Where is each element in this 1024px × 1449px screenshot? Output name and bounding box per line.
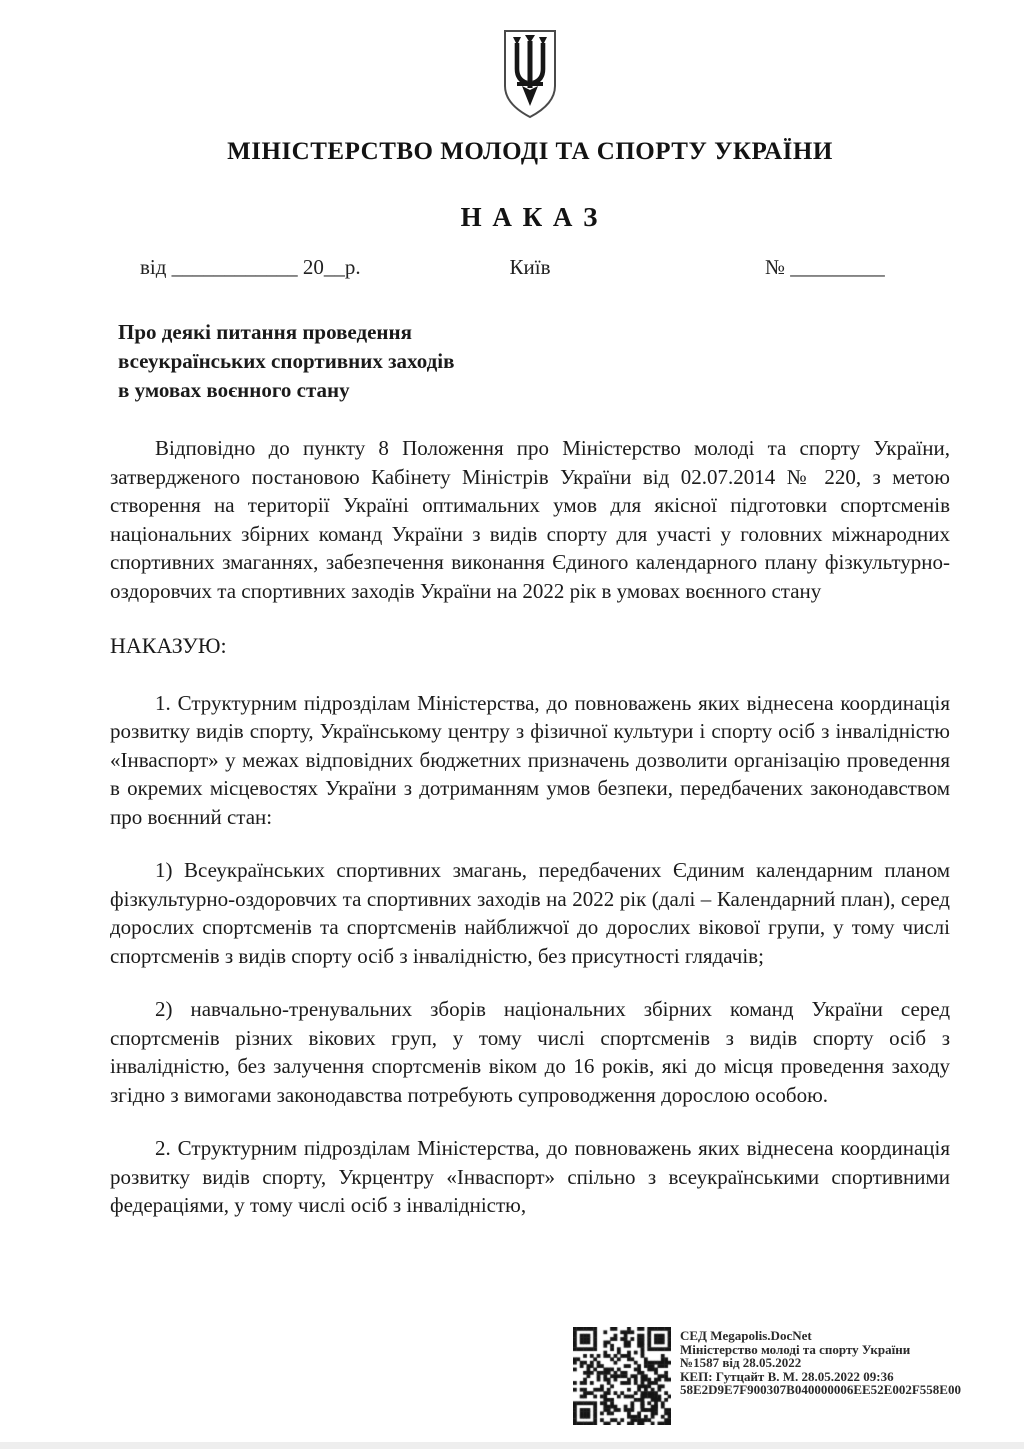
stamp-signer-line: КЕП: Гутцайт В. М. 28.05.2022 09:36 <box>680 1370 961 1384</box>
stamp-text: СЕД Megapolis.DocNet Міністерство молоді… <box>680 1327 961 1397</box>
stamp-hash-line: 58E2D9E7F900307B040000006EE52E002F558E00 <box>680 1383 961 1397</box>
document-content: МІНІСТЕРСТВО МОЛОДІ ТА СПОРТУ УКРАЇНИ Н … <box>110 0 950 1220</box>
document-page: МІНІСТЕРСТВО МОЛОДІ ТА СПОРТУ УКРАЇНИ Н … <box>0 0 1024 1449</box>
preamble-paragraph: Відповідно до пункту 8 Положення про Мін… <box>110 434 950 605</box>
scan-edge-artifact <box>0 1442 1024 1449</box>
subject-block: Про деякі питання проведення всеукраїнсь… <box>110 318 950 405</box>
date-blank-field: від ____________ 20__р. <box>140 253 361 281</box>
emblem-wrap <box>110 0 950 120</box>
trident-coat-of-arms-icon <box>501 28 559 120</box>
number-blank-field: № _________ <box>765 253 885 281</box>
stamp-system-line: СЕД Megapolis.DocNet <box>680 1329 961 1343</box>
order-paragraph-2: 2. Структурним підрозділам Міністерства,… <box>110 1134 950 1220</box>
ministry-title: МІНІСТЕРСТВО МОЛОДІ ТА СПОРТУ УКРАЇНИ <box>110 137 950 167</box>
stamp-number-line: №1587 від 28.05.2022 <box>680 1356 961 1370</box>
order-subparagraph-1: 1) Всеукраїнських спортивних змагань, пе… <box>110 856 950 970</box>
order-subparagraph-2: 2) навчально-тренувальних зборів націона… <box>110 995 950 1109</box>
city-label: Київ <box>510 253 551 281</box>
order-paragraph-1: 1. Структурним підрозділам Міністерства,… <box>110 689 950 832</box>
document-type-title: Н А К А З <box>110 201 950 233</box>
subject-line: всеукраїнських спортивних заходів <box>118 347 950 376</box>
subject-line: Про деякі питання проведення <box>118 318 950 347</box>
order-word: НАКАЗУЮ: <box>110 632 950 661</box>
qr-code <box>573 1327 671 1425</box>
date-number-line: від ____________ 20__р. Київ № _________ <box>110 253 950 281</box>
electronic-signature-stamp: СЕД Megapolis.DocNet Міністерство молоді… <box>573 1327 961 1425</box>
stamp-ministry-line: Міністерство молоді та спорту України <box>680 1343 961 1357</box>
subject-line: в умовах воєнного стану <box>118 376 950 405</box>
